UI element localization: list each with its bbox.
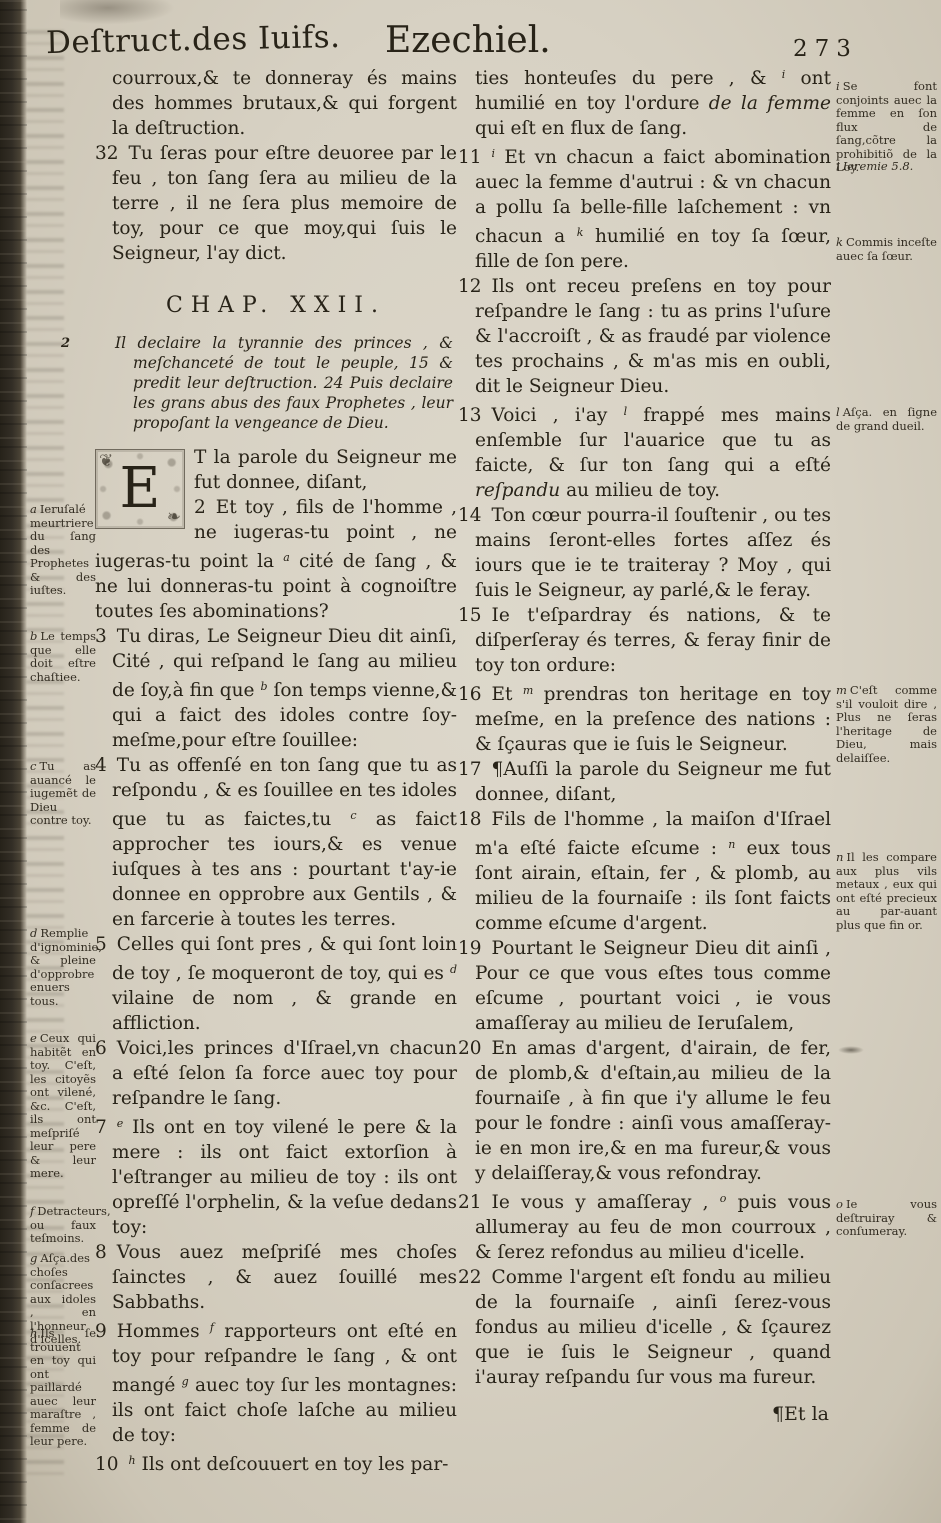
note-label: i [836, 159, 840, 173]
note-label: d [30, 926, 37, 940]
verse-number: 12 [458, 276, 482, 297]
note-label: h [30, 1326, 37, 1340]
note-label: n [836, 850, 843, 864]
verse-paragraph: 8Vous auez meſpriſé mes choſes ſainctes … [95, 1240, 457, 1315]
verse-number: 10 [95, 1454, 119, 1475]
verse-text: Celles qui ſont pres , & qui ſont loin d… [112, 934, 457, 984]
verse-text: Et [492, 684, 523, 705]
verse-text: Ie t'eſpardray és nations, & te diſperſe… [475, 605, 831, 676]
margin-note-l: lAſça. en ſigne de grand dueil. [836, 406, 937, 433]
verse-continuation: courroux,& te donneray és mains des homm… [95, 66, 457, 141]
verse-number: 6 [95, 1038, 107, 1059]
note-text: Remplie d'ignominie, & pleine d'opprobre… [30, 926, 102, 1008]
text-column-right: ties honteuſes du pere , & i ont humilié… [458, 62, 831, 1427]
note-reference: b [260, 680, 267, 693]
margin-note-e: eCeux qui habitẽt en toy. C'eſt, les cit… [30, 1032, 96, 1181]
verse-paragraph: 7e Ils ont en toy vilené le pere & la me… [95, 1111, 457, 1240]
verse-number: 2 [194, 497, 206, 518]
verse-number: 7 [95, 1117, 107, 1138]
note-reference: g [182, 1375, 189, 1388]
verse-text: Pourtant le Seigneur Dieu dit ainſi , Po… [475, 938, 831, 1034]
margin-note-f: fDetracteurs, ou faux teſmoins. [30, 1205, 96, 1246]
verse-text: Tu ſeras pour eſtre deuoree par le feu ,… [112, 143, 457, 264]
verse-text: Comme l'argent eſt fondu au milieu de la… [475, 1267, 831, 1388]
verse-number: 8 [95, 1242, 107, 1263]
margin-note-h: hIls ſe trouuent en toy qui ont paillard… [30, 1327, 96, 1449]
verse-paragraph: 4Tu as offenſé en ton ſang que tu as reſ… [95, 753, 457, 932]
note-label: g [30, 1251, 37, 1265]
note-reference: h [129, 1454, 136, 1467]
note-label: b [30, 629, 37, 643]
verse-number: 21 [458, 1192, 482, 1213]
verse-number: 17 [458, 759, 482, 780]
verse-number: 18 [458, 809, 482, 830]
verse-text: Voici,les princes d'Iſrael,vn chacun a e… [112, 1038, 457, 1109]
verse-text: Ils ont deſcouuert en toy les par- [136, 1454, 449, 1475]
ink-mark [838, 1046, 864, 1054]
verse-text: En amas d'argent, d'airain, de fer, de p… [475, 1038, 831, 1184]
note-text: C'eſt comme s'il vouloit dire , Plus ne … [836, 683, 937, 765]
verse-paragraph: 21Ie vous y amaſſeray , o puis vous allu… [458, 1186, 831, 1265]
margin-note-ieremie: iIeremie 5.8. [836, 160, 937, 174]
verse-text: Ils ont receu preſens en toy pour reſpan… [475, 276, 831, 397]
verse-text: Ils ont en toy vilené le pere & la mere … [112, 1117, 457, 1238]
note-text: Commis inceſte auec ſa ſœur. [836, 235, 937, 263]
note-label: l [836, 405, 840, 419]
verse-text: qui eſt en flux de ſang. [475, 118, 687, 139]
verse-paragraph: 12Ils ont receu preſens en toy pour reſp… [458, 274, 831, 399]
note-text: Tu as auancé le iugemẽt de Dieu contre t… [30, 759, 96, 827]
verse-text: de la femme [709, 93, 831, 114]
verse-paragraph: ET la parole du Seigneur me fut donnee, … [95, 445, 457, 624]
verse-text: au milieu de toy. [560, 480, 720, 501]
margin-note-d: dRemplie d'ignominie, & pleine d'opprobr… [30, 927, 96, 1008]
note-label: e [30, 1031, 37, 1045]
verse-paragraph: 11i Et vn chacun a faict abomination aue… [458, 141, 831, 274]
note-text: Ieremie 5.8. [843, 159, 914, 173]
chapter-summary-text: Il declaire la tyrannie des princes , & … [115, 334, 453, 432]
verse-paragraph: 13Voici , i'ay l frappé mes mains enſemb… [458, 399, 831, 503]
verse-number: 15 [458, 605, 482, 626]
verse-paragraph: 18Fils de l'homme , la maiſon d'Iſrael m… [458, 807, 831, 936]
chapter-heading: CHAP. XXII. [95, 293, 457, 318]
verse-number: 11 [458, 147, 482, 168]
note-text: Aſça. en ſigne de grand dueil. [836, 405, 937, 433]
verse-number: 16 [458, 684, 482, 705]
note-label: m [836, 683, 847, 697]
drop-cap-initial: E [95, 449, 185, 529]
text-column-left: courroux,& te donneray és mains des homm… [95, 66, 457, 1477]
verse-paragraph: 22Comme l'argent eſt fondu au milieu de … [458, 1265, 831, 1390]
verse-number: 3 [95, 626, 107, 647]
running-head-title: Ezechiel. [385, 20, 551, 61]
margin-note-n: nIl les compare aux plus vils metaux , e… [836, 851, 937, 932]
verse-text: ¶Auſſi la parole du Seigneur me fut donn… [475, 759, 831, 805]
verse-text: Hommes [117, 1321, 210, 1342]
note-text: Ieruſalé meurtriere du ſang des Prophete… [30, 502, 96, 597]
verse-paragraph: 20En amas d'argent, d'airain, de fer, de… [458, 1036, 831, 1186]
note-text: Le temps que elle doit eſtre chaſtiee. [30, 629, 96, 684]
note-text: Ie vous deſtruiray & conſumeray. [836, 1197, 937, 1238]
verse-number: 19 [458, 938, 482, 959]
binding-edge [0, 0, 27, 1523]
note-label: i [836, 79, 840, 93]
verse-number: 22 [458, 1267, 482, 1288]
note-text: Il les compare aux plus vils metaux , eu… [836, 850, 937, 932]
margin-note-m: mC'eſt comme s'il vouloit dire , Plus ne… [836, 684, 937, 765]
running-head-left: Deſtruct.des Iuifs. [46, 19, 341, 61]
verse-paragraph: 5Celles qui ſont pres , & qui ſont loin … [95, 932, 457, 1036]
margin-note-a: aIeruſalé meurtriere du ſang des Prophet… [30, 503, 96, 598]
verse-paragraph: 19Pourtant le Seigneur Dieu dit ainſi , … [458, 936, 831, 1036]
verse-text: Ie vous y amaſſeray , [492, 1192, 720, 1213]
margin-note-b: bLe temps que elle doit eſtre chaſtiee. [30, 630, 96, 684]
note-reference: d [450, 963, 457, 976]
margin-note-c: cTu as auancé le iugemẽt de Dieu contre … [30, 760, 96, 828]
verse-text: ties honteuſes du pere , & [475, 68, 782, 89]
chapter-summary: 2Il declaire la tyrannie des princes , &… [115, 333, 453, 433]
verse-text: Vous auez meſpriſé mes choſes ſainctes ,… [112, 1242, 457, 1313]
margin-note-k: kCommis inceſte auec ſa ſœur. [836, 236, 937, 263]
note-label: o [836, 1197, 843, 1211]
catchword: ¶Et la [458, 1402, 831, 1427]
verse-paragraph: 16Et m prendras ton heritage en toy meſm… [458, 678, 831, 757]
verse-text: reſpandu [475, 480, 560, 501]
note-text: Ils ſe trouuent en toy qui ont paillardé… [30, 1326, 96, 1448]
note-label: f [30, 1204, 34, 1218]
verse-paragraph: 6Voici,les princes d'Iſrael,vn chacun a … [95, 1036, 457, 1111]
verse-text: courroux,& te donneray és mains des homm… [112, 68, 457, 139]
verse-paragraph: 9Hommes f rapporteurs ont eſté en toy po… [95, 1315, 457, 1448]
verse-number: 32 [95, 143, 119, 164]
verse-paragraph: 10h Ils ont deſcouuert en toy les par- [95, 1448, 457, 1477]
note-reference: m [523, 684, 533, 697]
verse-paragraph: 14Ton cœur pourra-il ſouſtenir , ou tes … [458, 503, 831, 603]
book-page: Deſtruct.des Iuifs. Ezechiel. 273 courro… [0, 0, 941, 1523]
verse-paragraph: 32Tu ſeras pour eſtre deuoree par le feu… [95, 141, 457, 266]
note-text: Ceux qui habitẽt en toy. C'eſt, les cito… [30, 1031, 96, 1180]
verse-number: 13 [458, 405, 482, 426]
margin-note-o: oIe vous deſtruiray & conſumeray. [836, 1198, 937, 1239]
verse-paragraph: 15Ie t'eſpardray és nations, & te diſper… [458, 603, 831, 678]
note-label: a [30, 502, 37, 516]
verse-text: vilaine de nom , & grande en affliction. [112, 988, 457, 1034]
note-label: k [836, 235, 843, 249]
verse-text: Ton cœur pourra-il ſouſtenir , ou tes ma… [475, 505, 831, 601]
verse-text: T la parole du Seigneur me fut donnee, d… [194, 447, 457, 493]
verse-number: 14 [458, 505, 482, 526]
verse-paragraph: 3Tu diras, Le Seigneur Dieu dit ainſi, C… [95, 624, 457, 753]
note-label: c [30, 759, 36, 773]
verse-number: 9 [95, 1321, 107, 1342]
verse-text: Voici , i'ay [492, 405, 624, 426]
verse-paragraph: 17¶Auſſi la parole du Seigneur me fut do… [458, 757, 831, 807]
verse-number: 4 [95, 755, 107, 776]
verse-number: 20 [458, 1038, 482, 1059]
page-number: 273 [793, 36, 858, 62]
verse-continuation: ties honteuſes du pere , & i ont humilié… [458, 62, 831, 141]
